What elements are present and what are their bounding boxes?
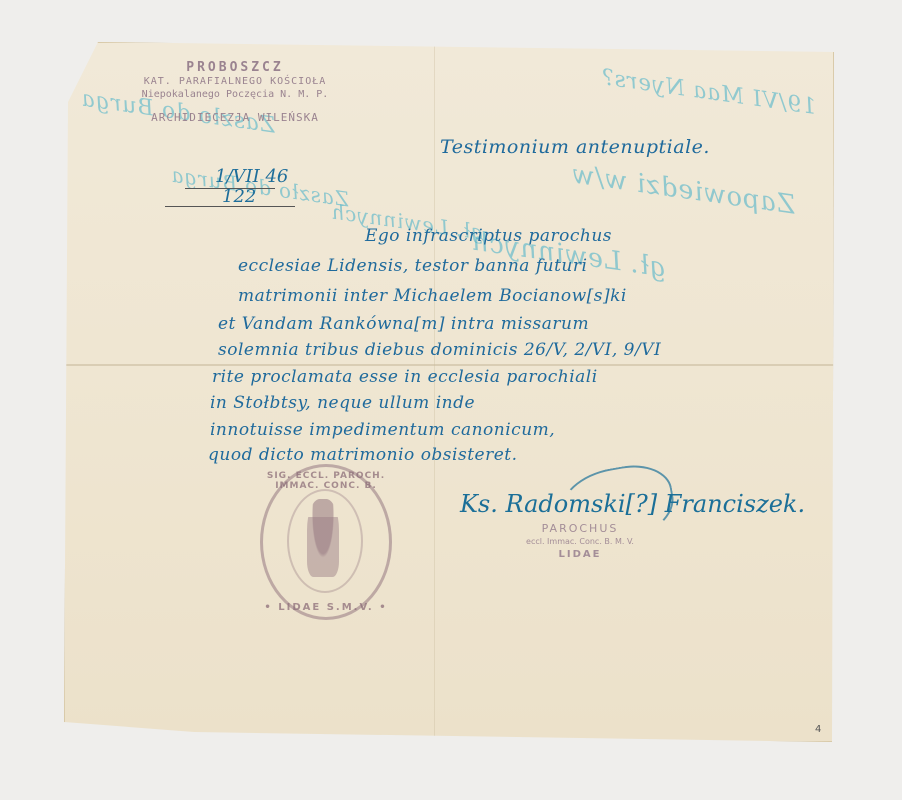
stamp-line-title: PROBOSZCZ — [110, 60, 360, 76]
stamp-line-archdiocese: ARCHIDIECEZJA WILEŃSKA — [110, 111, 360, 125]
parish-header-stamp: PROBOSZCZ KAT. PARAFIALNEGO KOŚCIOŁA Nie… — [110, 60, 360, 125]
body-line: solemnia tribus diebus dominicis 26/V, 2… — [218, 340, 661, 360]
reference-number: 122 — [222, 186, 256, 207]
body-line: rite proclamata esse in ecclesia parochi… — [212, 367, 598, 387]
madonna-figure-icon — [307, 499, 339, 577]
document-title: Testimonium antenuptiale. — [440, 136, 710, 158]
page-mark: 4 — [815, 724, 821, 735]
church-seal-stamp: SIG. ECCL. PAROCH. IMMAC. CONC. B. • LID… — [260, 464, 392, 620]
parochus-stamp-church: eccl. Immac. Conc. B. M. V. — [510, 537, 650, 548]
priest-signature: Ks. Radomski[?] Franciszek. — [460, 490, 805, 518]
body-line: in Stołbtsy, neque ullum inde — [210, 393, 475, 413]
parochus-stamp: PAROCHUS eccl. Immac. Conc. B. M. V. LID… — [510, 522, 650, 561]
seal-bottom-text: • LIDAE S.M.V. • — [263, 602, 389, 613]
body-line: quod dicto matrimonio obsisteret. — [208, 445, 518, 465]
parochus-stamp-town: LIDAE — [510, 548, 650, 562]
stamp-line-church: KAT. PARAFIALNEGO KOŚCIOŁA — [110, 76, 360, 89]
parochus-stamp-title: PAROCHUS — [510, 522, 650, 537]
body-line: innotuisse impedimentum canonicum, — [210, 420, 555, 440]
reference-underline — [165, 206, 295, 207]
stamp-line-dedication: Niepokalanego Poczęcia N. M. P. — [110, 89, 360, 102]
body-line: Ego infrascriptus parochus — [365, 226, 612, 246]
seal-top-text: SIG. ECCL. PAROCH. IMMAC. CONC. B. — [263, 471, 389, 491]
body-line: ecclesiae Lidensis, testor banna futuri — [238, 256, 587, 276]
reference-date: 1/VII 46 — [215, 166, 288, 187]
body-line: matrimonii inter Michaelem Bocianow[s]ki — [238, 286, 627, 306]
body-line: et Vandam Rankówna[m] intra missarum — [218, 314, 589, 334]
